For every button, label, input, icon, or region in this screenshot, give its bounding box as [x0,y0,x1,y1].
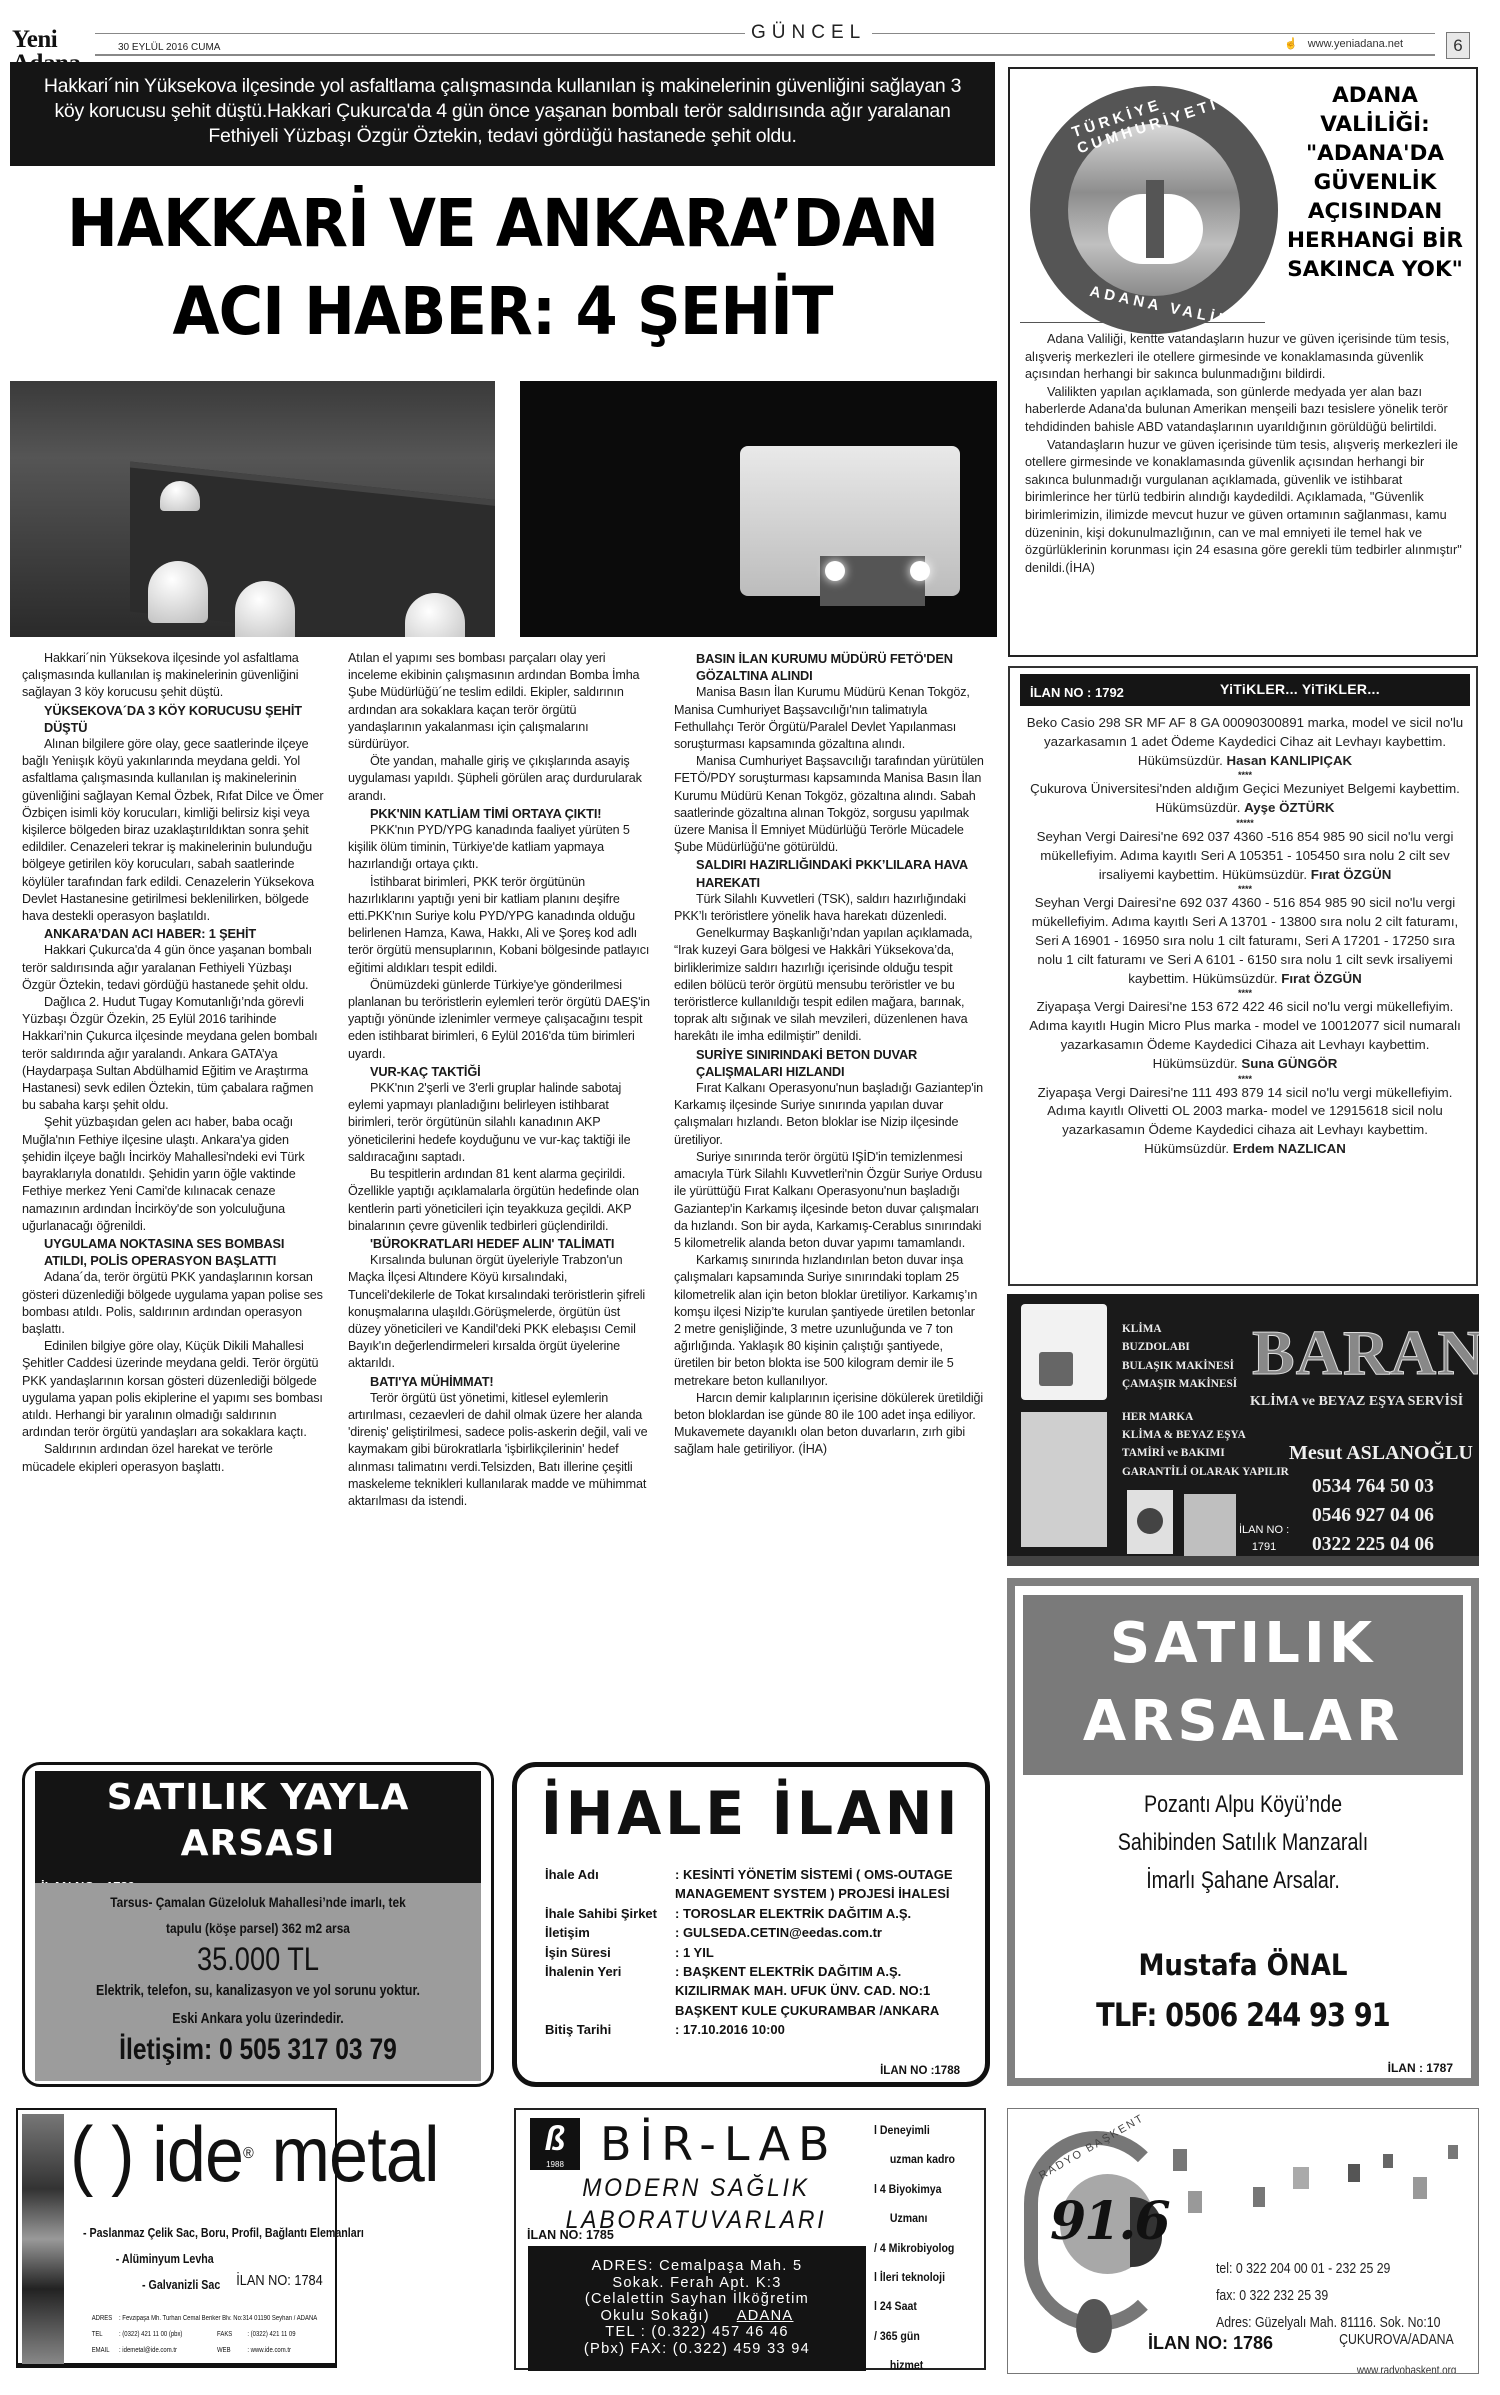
ide-contact-table: ADRES: Fevzipaşa Mh. Turhan Cemal Berike… [90,2310,324,2360]
coffin-ceremony-photo [10,381,495,637]
paragraph: Manisa Basın İlan Kurumu Müdürü Kenan To… [674,684,984,753]
contact-key: EMAIL [92,2344,118,2358]
lost-items-title: YiTiKLER... YiTiKLER... [1220,681,1380,697]
paragraph: Önümüzdeki günlerde Türkiye'ye gönderilm… [348,977,653,1063]
paragraph: Fırat Kalkanı Operasyonu'nun başladığı G… [674,1080,984,1149]
paragraph: Manisa Cumhuriyet Başsavcılığı tarafında… [674,753,984,856]
city: ÇUKUROVA/ADANA [1339,2331,1454,2348]
adana-valiligi-logo: TÜRKİYE CUMHURİYETİ ADANA VALİLİĞİ [1030,86,1278,334]
paragraph: İstihbarat birimleri, PKK terör örgütünü… [348,874,653,977]
ac-outdoor-unit [1039,1352,1073,1386]
phone-number[interactable]: 0322 225 04 06 [1312,1530,1434,1559]
headlight [910,561,930,581]
refrigerator-image [1021,1412,1107,1547]
ilan-number: İLAN NO : 1792 [1030,685,1124,700]
desc-line: tapulu (köşe parsel) 362 m2 arsa [68,1915,447,1941]
paragraph: Adana´da, terör örgütü PKK yandaşlarının… [22,1269,327,1338]
contact-key: WEB [217,2344,246,2358]
info-line: Eski Ankara yolu üzerindedir. [68,2005,447,2033]
tender-value: : 17.10.2016 10:00 [675,2020,975,2039]
phone-number[interactable]: tel: 0 322 204 00 01 - 232 25 29 [1216,2255,1440,2282]
notice-owner: Suna GÜNGÖR [1241,1056,1337,1071]
paragraph: Terör örgütü üst yönetimi, kitlesel eyle… [348,1390,653,1510]
lost-item-notice: Seyhan Vergi Dairesi'ne 692 037 4360 - 5… [1022,894,1468,988]
contact-value: : Fevzipaşa Mh. Turhan Cemal Beriker Blv… [119,2312,322,2326]
birlab-tagline: MODERN SAĞLIK LABORATUVARLARI [540,2172,853,2236]
subheading: 'BÜROKRATLARI HEDEF ALIN' TALİMATI [348,1235,653,1252]
tender-title: İHALE İLANI [529,1781,974,1847]
fax-number: fax: 0 322 232 25 39 [1216,2282,1440,2309]
feature-item: / 4 Mikrobiyolog [874,2234,973,2263]
paragraph: Genelkurmay Başkanlığı’ndan yapılan açık… [674,925,984,1045]
separator: **** [1022,988,1468,998]
tender-row: İşin Süresi: 1 YIL [545,1943,975,1962]
ilan-number: İLAN NO :1788 [880,2065,960,2077]
lost-item-notice: Ziyapaşa Vergi Dairesi'ne 111 493 879 14… [1022,1084,1468,1159]
info-line: Elektrik, telefon, su, kanalizasyon ve y… [68,1977,447,2005]
contact-value: : (0322) 421 11 09 [247,2328,322,2342]
paragraph: Valilikten yapılan açıklamada, son günle… [1025,384,1470,437]
feature-item: / 365 gün [874,2322,973,2351]
section-title: GÜNCEL [745,22,872,44]
plateau-land-sale-ad[interactable]: SATILIK YAYLA ARSASI İLAN NO : 1789 Tars… [22,1762,494,2087]
tender-row: Bitiş Tarihi: 17.10.2016 10:00 [545,2020,975,2039]
subheading: BASIN İLAN KURUMU MÜDÜRÜ FETÖ'DEN GÖZALT… [674,650,984,684]
feature-item: l 24 Saat [874,2292,973,2321]
lost-item-notice: Seyhan Vergi Dairesi'ne 692 037 4360 -51… [1022,828,1468,884]
description-line: Pozantı Alpu Köyü’nde [1056,1786,1430,1824]
baran-service-ad[interactable]: KLİMA BUZDOLABI BULAŞIK MAKİNESİ ÇAMAŞIR… [1007,1294,1479,1566]
lost-item-notice: Beko Casio 298 SR MF AF 8 GA 00090300891… [1022,714,1468,770]
decor-square [1383,2154,1393,2168]
separator: ***** [1022,818,1468,828]
lost-items-header: İLAN NO : 1792 YiTiKLER... YiTiKLER... [1020,674,1470,706]
ilan-number: İLAN : 1787 [1388,2061,1453,2075]
lost-item-notice: Çukurova Üniversitesi'nden aldığım Geçic… [1022,780,1468,818]
paragraph: Hakkari´nin Yüksekova ilçesinde yol asfa… [22,650,327,702]
valilik-body: Adana Valiliği, kentte vatandaşların huz… [1025,331,1470,577]
tender-row: İhale Adı: KESİNTİ YÖNETİM SİSTEMİ ( OMS… [545,1865,975,1904]
issue-date: 30 EYLÜL 2016 CUMA [118,42,220,53]
tender-value: : KESİNTİ YÖNETİM SİSTEMİ ( OMS-OUTAGE M… [675,1865,975,1904]
paragraph: Bu tespitlerin ardından 81 kent alarma g… [348,1166,653,1235]
logo-text: ide [152,2110,243,2198]
helmet-shape [235,581,295,637]
decor-square [1188,2191,1202,2213]
tender-key: İletişim [545,1923,675,1942]
paragraph: PKK'nın PYD/YPG kanadında faaliyet yürüt… [348,822,653,874]
address-line: (Celalettin Sayhan İlköğretim [528,2291,866,2308]
web-link[interactable]: : www.ide.com.tr [247,2344,322,2358]
tender-row: İhalenin Yeri: BAŞKENT ELEKTRİK DAĞITIM … [545,1962,975,2020]
microphone-icon [1076,2299,1112,2353]
valilik-news-box: TÜRKİYE CUMHURİYETİ ADANA VALİLİĞİ ADANA… [1008,67,1478,657]
tender-value: : 1 YIL [675,1943,975,1962]
lost-item-notice: Ziyapaşa Vergi Dairesi'ne 153 672 422 46… [1022,998,1468,1073]
lost-items-list: Beko Casio 298 SR MF AF 8 GA 00090300891… [1022,714,1468,1159]
ide-metal-ad[interactable]: ( ) ide® metal - Paslanmaz Çelik Sac, Bo… [16,2108,337,2368]
address-line: ADRES: Cemalpaşa Mah. 5 [528,2258,866,2275]
logo-year: 1988 [530,2160,580,2169]
page-number: 6 [1446,32,1470,59]
email-link[interactable]: : idemetal@ide.com.tr [119,2344,215,2358]
tender-value: : BAŞKENT ELEKTRİK DAĞITIM A.Ş. KIZILIRM… [675,1962,975,2020]
feature-item: hizmet [874,2351,973,2380]
separator: **** [1022,770,1468,780]
seller-name: Mustafa ÖNAL [1038,1948,1448,1982]
baran-ilan: İLAN NO : 1791 [1239,1522,1289,1556]
tender-key: İhale Sahibi Şirket [545,1904,675,1923]
paragraph: Alınan bilgilere göre olay, gece saatler… [22,736,327,925]
decor-square [1253,2187,1265,2207]
headline-line-1: HAKKARİ VE ANKARA’DAN [49,180,955,268]
plateau-ad-details: Tarsus- Çamalan Güzeloluk Mahallesi’nde … [35,1883,481,2081]
paragraph: Şehit yüzbaşıdan gelen acı haber, baba o… [22,1114,327,1234]
feature-item: Uzmanı [874,2204,973,2233]
tender-value[interactable]: : GULSEDA.CETIN@eedas.com.tr [675,1923,975,1942]
contact-key: ADRES [92,2312,118,2326]
logo-c-icon: ( ) [70,2110,134,2198]
website-url: www.yeniadana.net [1308,38,1403,50]
paragraph: Atılan el yapımı ses bombası parçaları o… [348,650,653,753]
tender-notice: İHALE İLANI İhale Adı: KESİNTİ YÖNETİM S… [512,1762,990,2087]
decor-square [1413,2177,1427,2199]
product-item: - Alüminyum Levha [83,2246,364,2272]
baran-subtitle: KLİMA ve BEYAZ EŞYA SERVİSİ [1250,1394,1463,1410]
repair-item: GARANTİLİ OLARAK YAPILIR [1122,1463,1289,1481]
plateau-price: 35.000 TL [68,1941,447,1977]
subheading: VUR-KAÇ TAKTİĞİ [348,1063,653,1080]
subheading: YÜKSEKOVA´DA 3 KÖY KORUCUSU ŞEHİT DÜŞTÜ [22,702,327,736]
baran-phones: 0534 764 50 03 0546 927 04 06 0322 225 0… [1312,1472,1434,1559]
paragraph: Edinilen bilgiye göre olay, Küçük Dikili… [22,1338,327,1441]
radio-frequency: 91.6 [1050,2191,1169,2252]
paragraph: PKK'nın 2'şerli ve 3'erli gruplar halind… [348,1080,653,1166]
header-rule [95,54,1435,56]
paragraph: Adana Valiliği, kentte vatandaşların huz… [1025,331,1470,384]
ilan-label: İLAN NO : [1239,1522,1289,1539]
divider [1020,322,1265,323]
valilik-headline: ADANA VALİLİĞİ: "ADANA'DA GÜVENLİK AÇISI… [1275,81,1475,284]
ilan-number: 1791 [1239,1539,1289,1556]
tender-value: : TOROSLAR ELEKTRİK DAĞITIM A.Ş. [675,1904,975,1923]
tender-key: İhale Adı [545,1865,675,1904]
feature-item: uzman kadro [874,2145,973,2174]
air-conditioner-image [1021,1304,1107,1400]
registered-mark: ® [243,2145,253,2162]
baran-owner: Mesut ASLANOĞLU [1289,1442,1473,1465]
title-line: ARSASI [35,1821,481,1867]
contact-key: FAKS [217,2328,246,2342]
notice-owner: Ayşe ÖZTÜRK [1244,800,1334,815]
subheading: ANKARA’DAN ACI HABER: 1 ŞEHİT [22,925,327,942]
helmet-shape [148,561,208,623]
clock-tower-shape [1146,180,1164,258]
website-link[interactable]: www.radyobaskent.org [1356,2363,1456,2374]
contact-key: TEL [92,2328,118,2342]
desc-line: Tarsus- Çamalan Güzeloluk Mahallesi’nde … [68,1889,447,1915]
phone-number[interactable]: TEL : (0.322) 457 46 46 [528,2324,866,2341]
birlab-name: BİR-LAB [600,2116,838,2172]
paragraph: Vatandaşların huzur ve güven içerisinde … [1025,437,1470,578]
subheading: UYGULAMA NOKTASINA SES BOMBASI ATILDI, P… [22,1235,327,1269]
birlab-ad[interactable]: ß 1988 BİR-LAB MODERN SAĞLIK LABORATUVAR… [514,2108,986,2370]
notice-owner: Hasan KANLIPIÇAK [1227,753,1353,768]
address-line: Okulu Sokağı) [601,2308,710,2324]
tender-key: İhalenin Yeri [545,1962,675,2020]
feature-item: l 4 Biyokimya [874,2175,973,2204]
ilan-number: İLAN NO: 1785 [527,2228,614,2242]
land-sale-description: Pozantı Alpu Köyü’nde Sahibinden Satılık… [1056,1786,1430,1900]
decor-square [1173,2149,1187,2171]
decor-square [1448,2145,1458,2159]
description-line: İmarlı Şahane Arsalar. [1056,1862,1430,1900]
feature-item: l İleri teknoloji [874,2263,973,2292]
banner-line: ARSALAR [1023,1683,1463,1761]
website-link[interactable]: ☝ www.yeniadana.net [1284,37,1403,50]
article-column-2: Atılan el yapımı ses bombası parçaları o… [348,650,653,1510]
baran-brand: BARAN [1252,1322,1467,1384]
product-item: - Paslanmaz Çelik Sac, Boru, Profil, Bağ… [83,2220,364,2246]
seller-phone[interactable]: TLF: 0506 244 93 91 [1049,1996,1437,2034]
hand-pointer-icon: ☝ [1284,37,1298,50]
dishwasher-image [1184,1494,1236,1556]
logo-word: metal [271,2110,438,2198]
notice-owner: Fırat ÖZGÜN [1281,971,1362,986]
decor-square [1348,2164,1360,2182]
article-column-3: BASIN İLAN KURUMU MÜDÜRÜ FETÖ'DEN GÖZALT… [674,650,984,1459]
paragraph: Kırsalında bulunan örgüt üyeleriyle Trab… [348,1252,653,1372]
lead-summary: Hakkari´nin Yüksekova ilçesinde yol asfa… [10,62,995,166]
police-jeep-night-photo [520,381,997,637]
plateau-ad-title: SATILIK YAYLA ARSASI İLAN NO : 1789 [35,1771,481,1883]
notice-owner: Erdem NAZLICAN [1233,1141,1346,1156]
lost-items-notices: İLAN NO : 1792 YiTiKLER... YiTiKLER... B… [1008,666,1478,1286]
ilan-number: İLAN NO: 1786 [1148,2333,1273,2354]
article-column-1: Hakkari´nin Yüksekova ilçesinde yol asfa… [22,650,327,1476]
banner-line: SATILIK [1023,1605,1463,1683]
repair-item: HER MARKA [1122,1408,1289,1426]
plateau-description: Tarsus- Çamalan Güzeloluk Mahallesi’nde … [68,1883,447,1941]
ad-footer-bar [1007,1556,1479,1566]
paragraph: Dağlıca 2. Hudut Tugay Komutanlığı’nda g… [22,994,327,1114]
tagline-line: MODERN SAĞLIK [540,2172,853,2204]
land-sale-banner: SATILIK ARSALAR [1023,1595,1463,1775]
tender-row: İhale Sahibi Şirket: TOROSLAR ELEKTRİK D… [545,1904,975,1923]
plateau-info: Elektrik, telefon, su, kanalizasyon ve y… [68,1977,447,2033]
land-for-sale-ad[interactable]: SATILIK ARSALAR Pozantı Alpu Köyü’nde Sa… [1007,1578,1479,2086]
fax-number: (Pbx) FAX: (0.322) 459 33 94 [528,2341,866,2358]
separator: **** [1022,1074,1468,1084]
subheading: PKK'NIN KATLİAM TİMİ ORTAYA ÇIKTI! [348,805,653,822]
phone-number[interactable]: 0534 764 50 03 [1312,1472,1434,1501]
tender-details: İhale Adı: KESİNTİ YÖNETİM SİSTEMİ ( OMS… [545,1865,975,2040]
paragraph: Hakkari Çukurca'da 4 gün önce yaşanan bo… [22,942,327,994]
washing-machine-image [1127,1490,1173,1554]
separator: **** [1022,884,1468,894]
paragraph: Saldırının ardından özel harekat ve terö… [22,1441,327,1475]
description-line: Sahibinden Satılık Manzaralı [1056,1824,1430,1862]
plateau-contact[interactable]: İletişim: 0 505 317 03 79 [75,2033,441,2067]
paragraph: Karkamış sınırında hızlandırılan beton d… [674,1252,984,1390]
tender-key: İşin Süresi [545,1943,675,1962]
radyo-baskent-ad[interactable]: 91.6 RADYO BAŞKENT tel: 0 322 204 00 01 … [1007,2108,1479,2374]
main-headline: HAKKARİ VE ANKARA’DAN ACI HABER: 4 ŞEHİT [49,180,955,356]
paragraph: Suriye sınırında terör örgütü IŞİD'in te… [674,1149,984,1252]
subheading: SALDIRI HAZIRLIĞINDAKİ PKK’LILARA HAVA H… [674,856,984,890]
contact-value: : (0322) 421 11 00 (pbx) [119,2328,215,2342]
metal-pipes-image [22,2114,64,2364]
headlight [825,561,845,581]
subheading: SURİYE SINIRINDAKİ BETON DUVAR ÇALIŞMALA… [674,1046,984,1080]
phone-number[interactable]: 0546 927 04 06 [1312,1501,1434,1530]
notice-owner: Fırat ÖZGÜN [1311,867,1392,882]
birlab-logo: ß 1988 [530,2118,580,2170]
subheading: BATI'YA MÜHİMMAT! [348,1373,653,1390]
ilan-number: İLAN NO: 1784 [237,2272,323,2289]
address-city: ADANA [737,2308,794,2324]
birlab-features: l Deneyimliuzman kadrol 4 BiyokimyaUzman… [874,2116,973,2381]
notice-text: Seyhan Vergi Dairesi'ne 692 037 4360 - 5… [1032,895,1458,985]
tender-row: İletişim: GULSEDA.CETIN@eedas.com.tr [545,1923,975,1942]
tender-key: Bitiş Tarihi [545,2020,675,2039]
headline-line-2: ACI HABER: 4 ŞEHİT [49,268,955,356]
paragraph: Türk Silahlı Kuvvetleri (TSK), saldırı h… [674,891,984,925]
radyo-contact: tel: 0 322 204 00 01 - 232 25 29 fax: 0 … [1216,2255,1440,2336]
ide-metal-logo: ( ) ide® metal [70,2114,439,2194]
repair-item: TAMİRİ ve BAKIMI [1122,1444,1289,1462]
birlab-logo-icon: ß [530,2118,580,2160]
address-line: Sokak. Ferah Apt. K:3 [528,2275,866,2292]
paragraph: Harcın demir kalıplarının içerisine dökü… [674,1390,984,1459]
birlab-address: ADRES: Cemalpaşa Mah. 5 Sokak. Ferah Apt… [528,2246,866,2371]
decor-square [1293,2167,1309,2189]
feature-item: l Deneyimli [874,2116,973,2145]
paragraph: Öte yandan, mahalle giriş ve çıkışlarınd… [348,753,653,805]
title-line: SATILIK YAYLA [35,1775,481,1821]
repair-item: KLİMA & BEYAZ EŞYA [1122,1426,1289,1444]
